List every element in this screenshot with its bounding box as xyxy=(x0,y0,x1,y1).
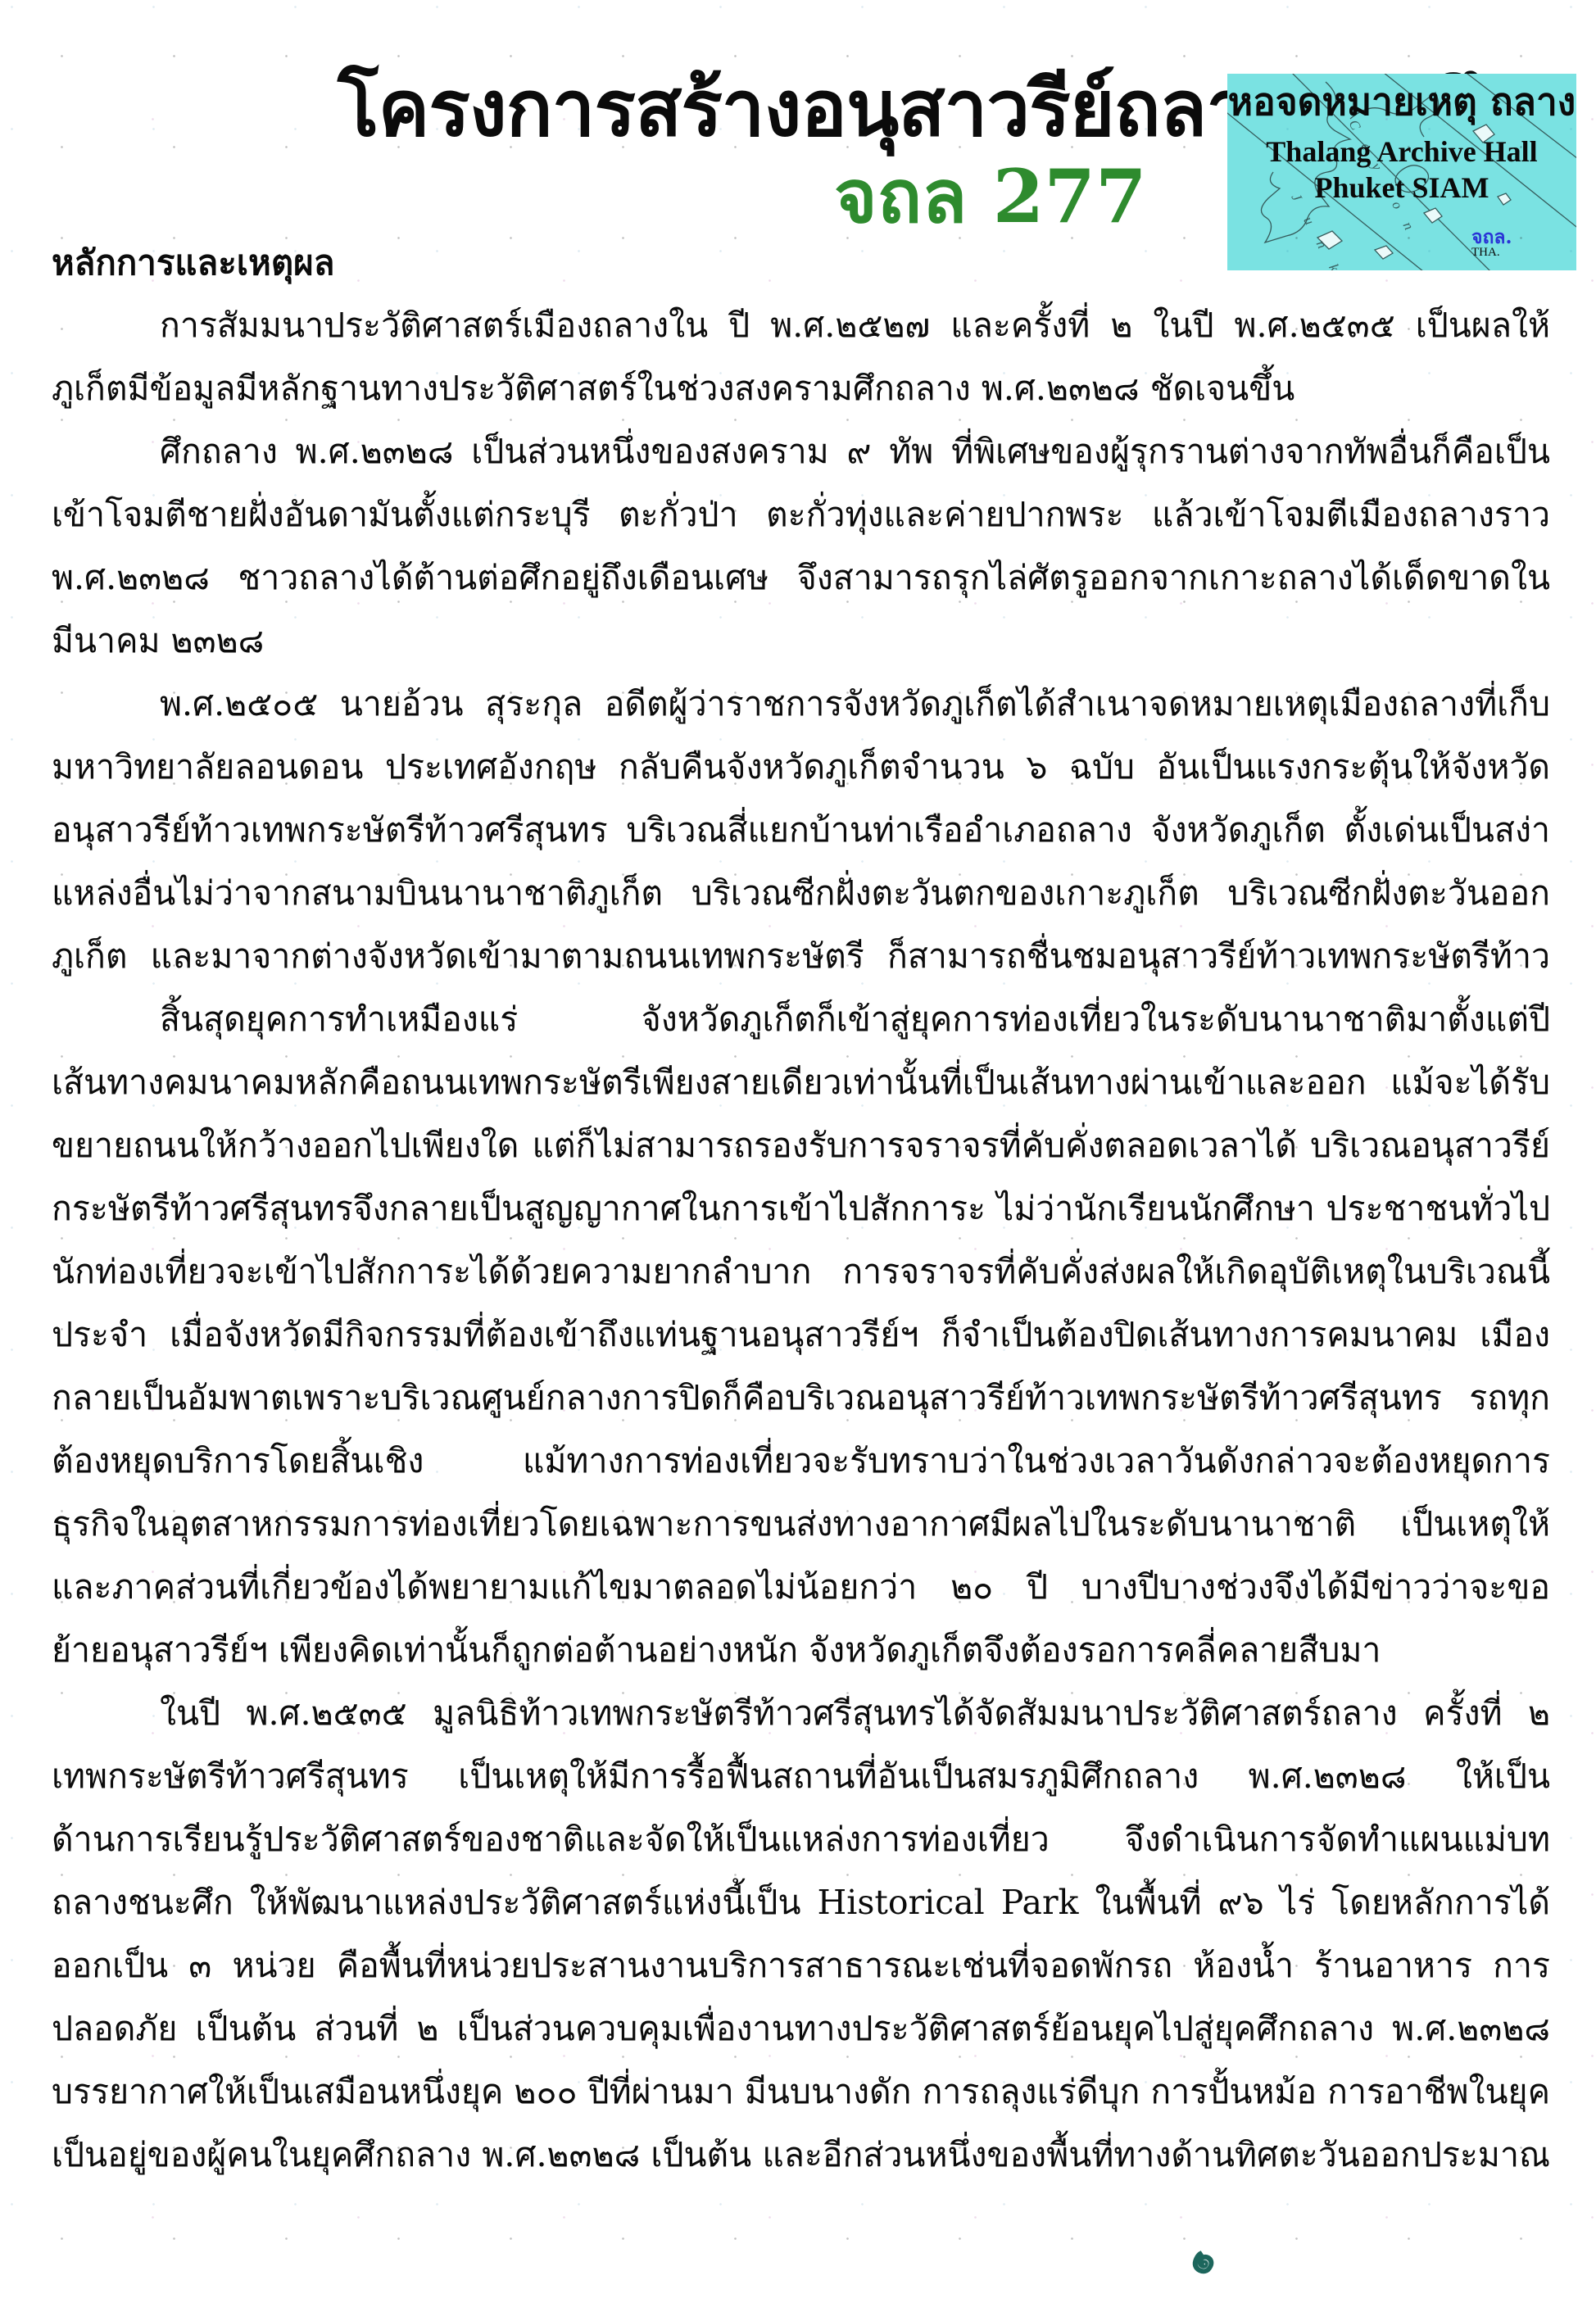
text-line: เข้าโจมตีชายฝั่งอันดามันตั้งแต่กระบุรี ต… xyxy=(52,483,1550,546)
text-line: พ.ศ.๒๕๐๕ นายอ้วน สุระกุล อดีตผู้ว่าราชกา… xyxy=(52,673,1550,736)
text-line: และภาคส่วนที่เกี่ยวข้องได้พยายามแก้ไขมาต… xyxy=(52,1556,1550,1619)
text-line: ภูเก็ตมีข้อมูลมีหลักฐานทางประวัติศาสตร์ใ… xyxy=(52,357,1550,420)
text-line: สิ้นสุดยุคการทำเหมืองแร่ จังหวัดภูเก็ตก็… xyxy=(52,988,1550,1051)
text-line: เส้นทางคมนาคมหลักคือถนนเทพกระษัตรีเพียงส… xyxy=(52,1051,1550,1114)
text-line: ปลอดภัย เป็นต้น ส่วนที่ ๒ เป็นส่วนควบคุม… xyxy=(52,1997,1550,2060)
text-line: กลายเป็นอัมพาตเพราะบริเวณศูนย์กลางการปิด… xyxy=(52,1367,1550,1430)
text-line: ภูเก็ต และมาจากต่างจังหวัดเข้ามาตามถนนเท… xyxy=(52,925,1550,988)
text-line: มีนาคม ๒๓๒๘ xyxy=(52,610,1550,673)
stamp-subtitle-en: Phuket SIAM xyxy=(1227,170,1576,205)
text-line: ประจำ เมื่อจังหวัดมีกิจกรรมที่ต้องเข้าถึ… xyxy=(52,1303,1550,1367)
archive-number: จถล 277 xyxy=(834,138,1147,255)
document-body: หลักการและเหตุผล การสัมมนาประวัติศาสตร์เ… xyxy=(52,231,1550,2187)
text-line: ย้ายอนุสาวรีย์ฯ เพียงคิดเท่านั้นก็ถูกต่อ… xyxy=(52,1619,1550,1682)
text-line: บรรยากาศให้เป็นเสมือนหนึ่งยุค ๒๐๐ ปีที่ผ… xyxy=(52,2060,1550,2124)
stamp-abbreviation: จถล. THA. xyxy=(1471,228,1512,259)
text-line: ด้านการเรียนรู้ประวัติศาสตร์ของชาติและจั… xyxy=(52,1808,1550,1871)
stamp-abbr-en: THA. xyxy=(1471,247,1512,259)
text-line: เป็นอยู่ของผู้คนในยุคศึกถลาง พ.ศ.๒๓๒๘ เป… xyxy=(52,2124,1550,2187)
stamp-title-en: Thalang Archive Hall xyxy=(1227,134,1576,169)
text-line: อนุสาวรีย์ท้าวเทพกระษัตรีท้าวศรีสุนทร บร… xyxy=(52,799,1550,862)
text-line: การสัมมนาประวัติศาสตร์เมืองถลางใน ปี พ.ศ… xyxy=(52,294,1550,357)
text-line: แหล่งอื่นไม่ว่าจากสนามบินนานาชาติภูเก็ต … xyxy=(52,862,1550,925)
text-line: มหาวิทยาลัยลอนดอน ประเทศอังกฤษ กลับคืนจั… xyxy=(52,736,1550,799)
text-line: พ.ศ.๒๓๒๘ ชาวถลางได้ต้านต่อศึกอยู่ถึงเดือ… xyxy=(52,546,1550,610)
text-line: เทพกระษัตรีท้าวศรีสุนทร เป็นเหตุให้มีการ… xyxy=(52,1745,1550,1808)
text-line: ต้องหยุดบริการโดยสิ้นเชิง แม้ทางการท่องเ… xyxy=(52,1430,1550,1493)
text-line: กระษัตรีท้าวศรีสุนทรจึงกลายเป็นสูญญากาศใ… xyxy=(52,1177,1550,1240)
stamp-title-thai: หอจดหมายเหตุ ถลาง xyxy=(1227,82,1576,121)
text-line: ในปี พ.ศ.๒๕๓๕ มูลนิธิท้าวเทพกระษัตรีท้าว… xyxy=(52,1682,1550,1745)
text-line: ขยายถนนให้กว้างออกไปเพียงใด แต่ก็ไม่สามา… xyxy=(52,1114,1550,1177)
page: { "header": { "title": "โครงการสร้างอนุส… xyxy=(0,0,1596,2321)
archive-stamp: J u n k C e y l o n หอจดหมายเหตุ ถลาง Th… xyxy=(1227,74,1576,270)
text-line: ธุรกิจในอุตสาหกรรมการท่องเที่ยวโดยเฉพาะก… xyxy=(52,1493,1550,1556)
text-line: ถลางชนะศึก ให้พัฒนาแหล่งประวัติศาสตร์แห่… xyxy=(52,1871,1550,1934)
text-line: ออกเป็น ๓ หน่วย คือพื้นที่หน่วยประสานงาน… xyxy=(52,1934,1550,1997)
handwritten-mark: ๑ xyxy=(1172,2239,1245,2292)
text-line: ศึกถลาง พ.ศ.๒๓๒๘ เป็นส่วนหนึ่งของสงคราม … xyxy=(52,420,1550,483)
text-line: นักท่องเที่ยวจะเข้าไปสักการะได้ด้วยความย… xyxy=(52,1240,1550,1303)
stamp-abbr-thai: จถล. xyxy=(1471,228,1512,247)
